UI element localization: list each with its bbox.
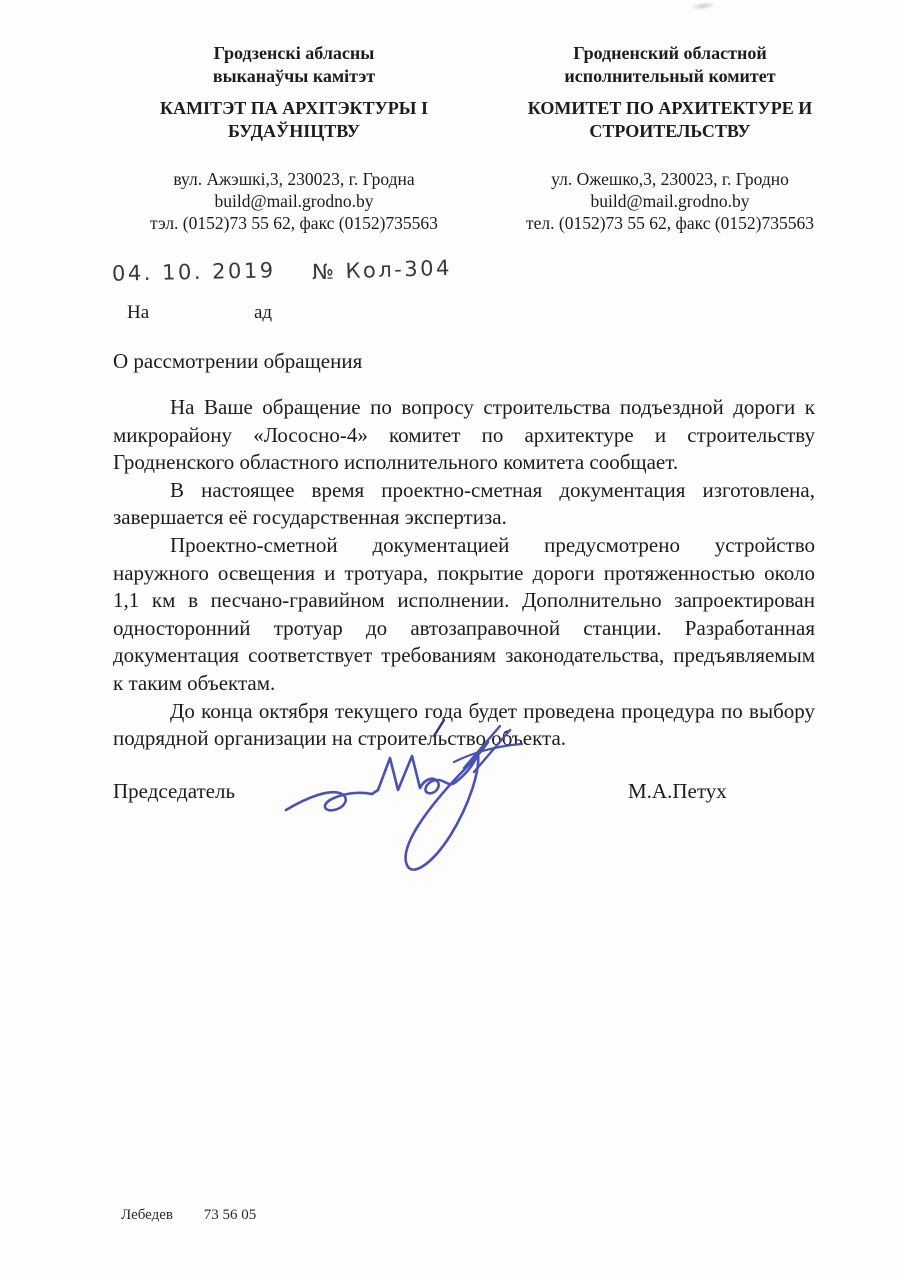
committee-name-line: БУДАЎНІЦТВУ [110, 120, 478, 143]
body-paragraph: На Ваше обращение по вопросу строительст… [113, 394, 815, 477]
body-paragraph: В настоящее время проектно-сметная докум… [113, 477, 815, 532]
phone-line: тэл. (0152)73 55 62, факс (0152)735563 [110, 212, 478, 234]
reference-line: 04. 10. 2019 № Кол-304 [112, 260, 532, 296]
committee-name-by: КАМІТЭТ ПА АРХІТЭКТУРЫ І БУДАЎНІЦТВУ [110, 97, 478, 143]
letterhead-belarusian: Гродзенскі абласны выканаўчы камітэт КАМ… [110, 42, 478, 234]
handwritten-number: № Кол-304 [312, 256, 453, 284]
address-line: вул. Ажэшкі,3, 230023, г. Гродна [110, 168, 478, 190]
org-name-line: Гродненский областной [478, 42, 862, 65]
body-paragraph: Проектно-сметной документацией предусмот… [113, 532, 815, 698]
committee-name-line: КОМИТЕТ ПО АРХИТЕКТУРЕ И [478, 97, 862, 120]
signer-name: М.А.Петух [628, 779, 727, 804]
address-line: ул. Ожешко,3, 230023, г. Гродно [478, 168, 862, 190]
letterhead: Гродзенскі абласны выканаўчы камітэт КАМ… [110, 42, 862, 234]
org-name-line: выканаўчы камітэт [110, 65, 478, 88]
signer-title: Председатель [113, 779, 235, 804]
executor-name: Лебедев [121, 1207, 173, 1223]
address-block-ru: ул. Ожешко,3, 230023, г. Гродно build@ma… [478, 168, 862, 234]
org-name-line: Гродзенскі абласны [110, 42, 478, 65]
reply-to-label: На [127, 302, 149, 324]
handwritten-signature-ink [278, 718, 544, 890]
phone-line: тел. (0152)73 55 62, факс (0152)735563 [478, 212, 862, 234]
letter-body: На Ваше обращение по вопросу строительст… [113, 394, 815, 753]
address-block-by: вул. Ажэшкі,3, 230023, г. Гродна build@m… [110, 168, 478, 234]
email-line: build@mail.grodno.by [478, 190, 862, 212]
scanned-letter-page: Гродзенскі абласны выканаўчы камітэт КАМ… [0, 0, 904, 1280]
org-name-ru: Гродненский областной исполнительный ком… [478, 42, 862, 88]
executor-phone: 73 56 05 [204, 1207, 257, 1223]
handwritten-date: 04. 10. 2019 [112, 258, 276, 285]
committee-name-line: СТРОИТЕЛЬСТВУ [478, 120, 862, 143]
letterhead-russian: Гродненский областной исполнительный ком… [478, 42, 862, 234]
org-name-line: исполнительный комитет [478, 65, 862, 88]
subject-line: О рассмотрении обращения [113, 349, 362, 374]
committee-name-ru: КОМИТЕТ ПО АРХИТЕКТУРЕ И СТРОИТЕЛЬСТВУ [478, 97, 862, 143]
scan-artifact [690, 0, 717, 12]
committee-name-line: КАМІТЭТ ПА АРХІТЭКТУРЫ І [110, 97, 478, 120]
org-name-by: Гродзенскі абласны выканаўчы камітэт [110, 42, 478, 88]
reply-from-label: ад [254, 302, 272, 324]
email-line: build@mail.grodno.by [110, 190, 478, 212]
executor-footer: Лебедев 73 56 05 [121, 1207, 256, 1224]
